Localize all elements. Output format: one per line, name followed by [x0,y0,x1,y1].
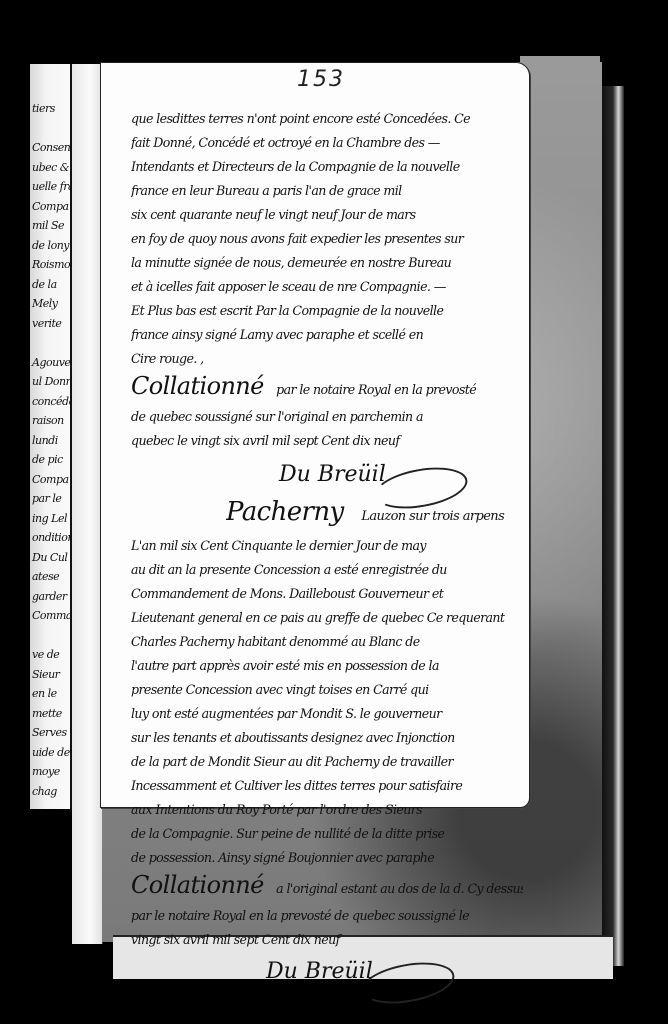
notary-signature: Du Breüil [266,952,523,992]
left-page-fragment: Compa [32,200,69,213]
text-line: au dit an la presente Concession a esté … [131,558,523,582]
text-line: france en leur Bureau a paris l'an de gr… [131,179,523,203]
text-line: Commandement de Mons. Dailleboust Gouver… [131,582,523,606]
text-line: de possession. Ainsy signé Boujonnier av… [131,846,523,870]
left-page-fragment: moye [32,765,60,778]
text-line: six cent quarante neuf le vingt neuf Jou… [131,203,523,227]
book-edge [602,86,624,966]
notary-signature: Du Breüil [279,455,523,495]
left-page-fragment: par le [32,492,61,505]
left-page-fragment: Du Cul [32,551,67,564]
left-page-fragment: raison [32,414,64,427]
collation-1: Collationné par le notaire Royal en la p… [131,371,523,405]
left-page-fragment: ve de [32,648,59,661]
left-page-fragment: de lony [32,239,69,252]
collation-2: Collationné a l'original estant au dos d… [131,870,523,904]
manuscript-page: 153 que lesdittes terres n'ont point enc… [100,62,530,808]
collation-word: Collationné [131,871,264,899]
text-line: france ainsy signé Lamy avec paraphe et … [131,323,523,347]
text-line: Incessamment et Cultiver les dittes terr… [131,774,523,798]
left-page-fragment: Commande [32,609,72,622]
text-line: sur les tenants et aboutissants designez… [131,726,523,750]
signature-text: Du Breüil [266,959,373,984]
left-page-fragment: de pic [32,453,63,466]
left-page-fragment: uelle fra [32,180,72,193]
signature-flourish-icon [358,956,457,1010]
collation-line: quebec le vingt six avril mil sept Cent … [131,429,523,453]
entry-subject: Lauzon sur trois arpens [361,509,504,524]
collation-line: de quebec soussigné sur l'original en pa… [131,405,523,429]
text-line: Cire rouge. , [131,347,523,371]
left-page-fragment: Compa [32,473,69,486]
text-line: que lesdittes terres n'ont point encore … [131,107,523,131]
backing-sheet-top [520,56,600,86]
signature-text: Du Breüil [279,462,386,487]
left-page-fragment: Conseny [32,141,72,154]
text-line: Lieutenant general en ce pais au greffe … [131,606,523,630]
text-line: et à icelles fait apposer le sceau de nr… [131,275,523,299]
left-page-fragment: uide de [32,746,70,759]
entry-heading: Pacherny Lauzon sur trois arpens [226,495,523,534]
manuscript-text: que lesdittes terres n'ont point encore … [131,107,523,992]
registration-text: L'an mil six Cent Cinquante le dernier J… [131,534,523,870]
text-line: l'autre part apprès avoir esté mis en po… [131,654,523,678]
concession-text: que lesdittes terres n'ont point encore … [131,107,523,371]
left-page-fragment: ubec & [32,161,69,174]
text-line: L'an mil six Cent Cinquante le dernier J… [131,534,523,558]
text-line: Et Plus bas est escrit Par la Compagnie … [131,299,523,323]
left-page-fragment: mette [32,707,62,720]
text-line: de la part de Mondit Sieur au dit Pacher… [131,750,523,774]
left-page-fragment: en le [32,687,57,700]
text-line: de la Compagnie. Sur peine de nullité de… [131,822,523,846]
collation-line: par le notaire Royal en la prevosté de q… [131,904,523,928]
left-page-fragment: chag [32,785,57,798]
collation-line: par le notaire Royal en la prevosté [276,382,476,397]
text-line: en foy de quoy nous avons fait expedier … [131,227,523,251]
left-page-fragment: verite [32,317,61,330]
collation-word: Collationné [131,372,264,400]
left-page-fragment: ul Donn [32,375,72,388]
page-number: 153 [297,67,345,92]
collation-line: vingt six avril mil sept Cent dix neuf [131,928,523,952]
collation-line: a l'original estant au dos de la d. Cy d… [276,881,523,896]
left-page-fragment: Roismo [32,258,70,271]
left-page-fragment: garder [32,590,67,603]
entry-name: Pacherny [226,497,344,527]
text-line: fait Donné, Concédé et octroyé en la Cha… [131,131,523,155]
left-page-fragment: ondition [32,531,72,544]
left-facing-page: tiersConsenyubec &uelle fraCompamil Sede… [30,64,72,809]
left-page-fragment: mil Se [32,219,64,232]
text-line: aux Intentions du Roy Porté par l'ordre … [131,798,523,822]
left-page-fragment: Serves [32,726,67,739]
left-page-fragment: Mely [32,297,58,310]
text-line: Intendants et Directeurs de la Compagnie… [131,155,523,179]
binding-gutter [72,64,103,944]
text-line: la minutte signée de nous, demeurée en n… [131,251,523,275]
left-page-fragment: de la [32,278,57,291]
left-page-fragment: Sieur [32,668,59,681]
left-page-fragment: atese [32,570,59,583]
left-page-fragment: Agouver [32,356,72,369]
left-page-fragment: concéde [32,395,72,408]
left-page-fragment: tiers [32,102,55,115]
text-line: luy ont esté augmentées par Mondit S. le… [131,702,523,726]
text-line: presente Concession avec vingt toises en… [131,678,523,702]
left-page-fragment: lundi [32,434,58,447]
text-line: Charles Pacherny habitant denommé au Bla… [131,630,523,654]
left-page-fragment: ing Lel [32,512,67,525]
